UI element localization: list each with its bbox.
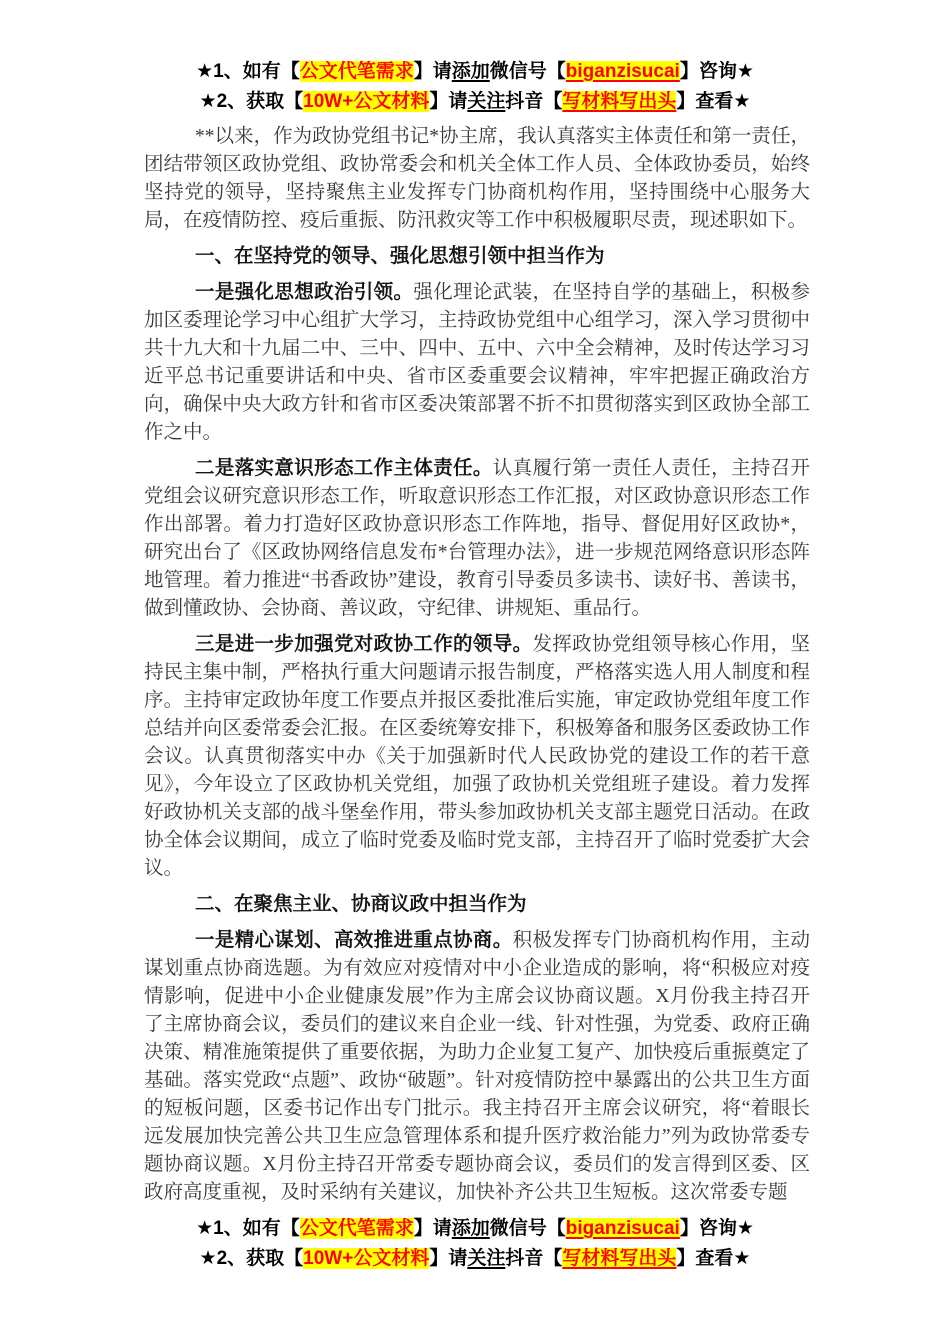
- promo-text-segment: 】咨询★: [680, 1218, 754, 1239]
- promo-underline-action: 关注: [467, 1248, 505, 1269]
- paragraph-intro: **以来，作为政协党组书记*协主席，我认真落实主体责任和第一责任，团结带领区政协…: [144, 123, 810, 235]
- promo-text-segment: ★1、如有【: [196, 61, 300, 82]
- document-page: ★1、如有【公文代笔需求】请添加微信号【biganzisucai】咨询★ ★2、…: [0, 0, 950, 1344]
- paragraph-text: 认真履行第一责任人责任，主持召开党组会议研究意识形态工作，听取意识形态工作汇报，…: [144, 458, 810, 619]
- promo-text-segment: ★1、如有【: [196, 1218, 300, 1239]
- paragraph-lead: 一是精心谋划、高效推进重点协商。: [195, 930, 513, 951]
- paragraph-text: 积极发挥专门协商机构作用，主动谋划重点协商选题。为有效应对疫情对中小企业造成的影…: [144, 930, 810, 1203]
- promo-text-segment: 微信号【: [490, 1218, 566, 1239]
- promo-douyin-name: 写材料写出头: [562, 1248, 676, 1269]
- promo-highlight-service: 公文代笔需求: [300, 1218, 414, 1239]
- promo-text-segment: 抖音【: [505, 91, 562, 112]
- promo-highlight-service: 公文代笔需求: [300, 61, 414, 82]
- promo-footer: ★1、如有【公文代笔需求】请添加微信号【biganzisucai】咨询★ ★2、…: [0, 1206, 950, 1344]
- paragraph-lead: 三是进一步加强党对政协工作的领导。: [195, 634, 532, 655]
- promo-text-segment: 】查看★: [676, 1248, 750, 1269]
- promo-text-segment: 】咨询★: [680, 61, 754, 82]
- promo-text-segment: ★2、获取【: [200, 91, 304, 112]
- paragraph-lead: 二是落实意识形态工作主体责任。: [195, 458, 493, 479]
- promo-wechat-id: biganzisucai: [566, 1218, 680, 1239]
- promo-header-line-2: ★2、获取【10W+公文材料】请关注抖音【写材料写出头】查看★: [0, 87, 950, 117]
- promo-text-segment: 抖音【: [505, 1248, 562, 1269]
- promo-text-segment: 】请: [429, 1248, 467, 1269]
- promo-highlight-materials: 10W+公文材料: [303, 91, 429, 112]
- promo-underline-action: 关注: [467, 91, 505, 112]
- paragraph-lead: 一是强化思想政治引领。: [195, 282, 413, 303]
- promo-underline-action: 添加: [452, 1218, 490, 1239]
- paragraph-key-consultation: 一是精心谋划、高效推进重点协商。积极发挥专门协商机构作用，主动谋划重点协商选题。…: [144, 927, 810, 1206]
- paragraph-text: 强化理论武装，在坚持自学的基础上，积极参加区委理论学习中心组扩大学习，主持政协党…: [144, 282, 810, 443]
- promo-text-segment: 】查看★: [676, 91, 750, 112]
- section-heading-1: 一、在坚持党的领导、强化思想引领中担当作为: [144, 243, 810, 271]
- promo-highlight-materials: 10W+公文材料: [303, 1248, 429, 1269]
- promo-underline-action: 添加: [452, 61, 490, 82]
- promo-wechat-id: biganzisucai: [566, 61, 680, 82]
- paragraph-ideology-responsibility: 二是落实意识形态工作主体责任。认真履行第一责任人责任，主持召开党组会议研究意识形…: [144, 455, 810, 623]
- promo-text-segment: 】请: [429, 91, 467, 112]
- paragraph-text: **以来，作为政协党组书记*协主席，我认真落实主体责任和第一责任，团结带领区政协…: [144, 126, 810, 231]
- paragraph-party-leadership: 三是进一步加强党对政协工作的领导。发挥政协党组领导核心作用，坚持民主集中制，严格…: [144, 631, 810, 883]
- promo-text-segment: 】请: [414, 1218, 452, 1239]
- document-body: **以来，作为政协党组书记*协主席，我认真落实主体责任和第一责任，团结带领区政协…: [144, 123, 810, 1206]
- paragraph-text: 发挥政协党组领导核心作用，坚持民主集中制，严格执行重大问题请示报告制度，严格落实…: [144, 634, 810, 879]
- paragraph-ideology-leading: 一是强化思想政治引领。强化理论武装，在坚持自学的基础上，积极参加区委理论学习中心…: [144, 279, 810, 447]
- promo-header-line-1: ★1、如有【公文代笔需求】请添加微信号【biganzisucai】咨询★: [0, 57, 950, 87]
- promo-footer-line-2: ★2、获取【10W+公文材料】请关注抖音【写材料写出头】查看★: [0, 1244, 950, 1274]
- promo-text-segment: ★2、获取【: [200, 1248, 304, 1269]
- promo-text-segment: 】请: [414, 61, 452, 82]
- promo-text-segment: 微信号【: [490, 61, 566, 82]
- promo-footer-line-1: ★1、如有【公文代笔需求】请添加微信号【biganzisucai】咨询★: [0, 1214, 950, 1244]
- section-heading-2: 二、在聚焦主业、协商议政中担当作为: [144, 891, 810, 919]
- promo-douyin-name: 写材料写出头: [562, 91, 676, 112]
- promo-header: ★1、如有【公文代笔需求】请添加微信号【biganzisucai】咨询★ ★2、…: [0, 57, 950, 117]
